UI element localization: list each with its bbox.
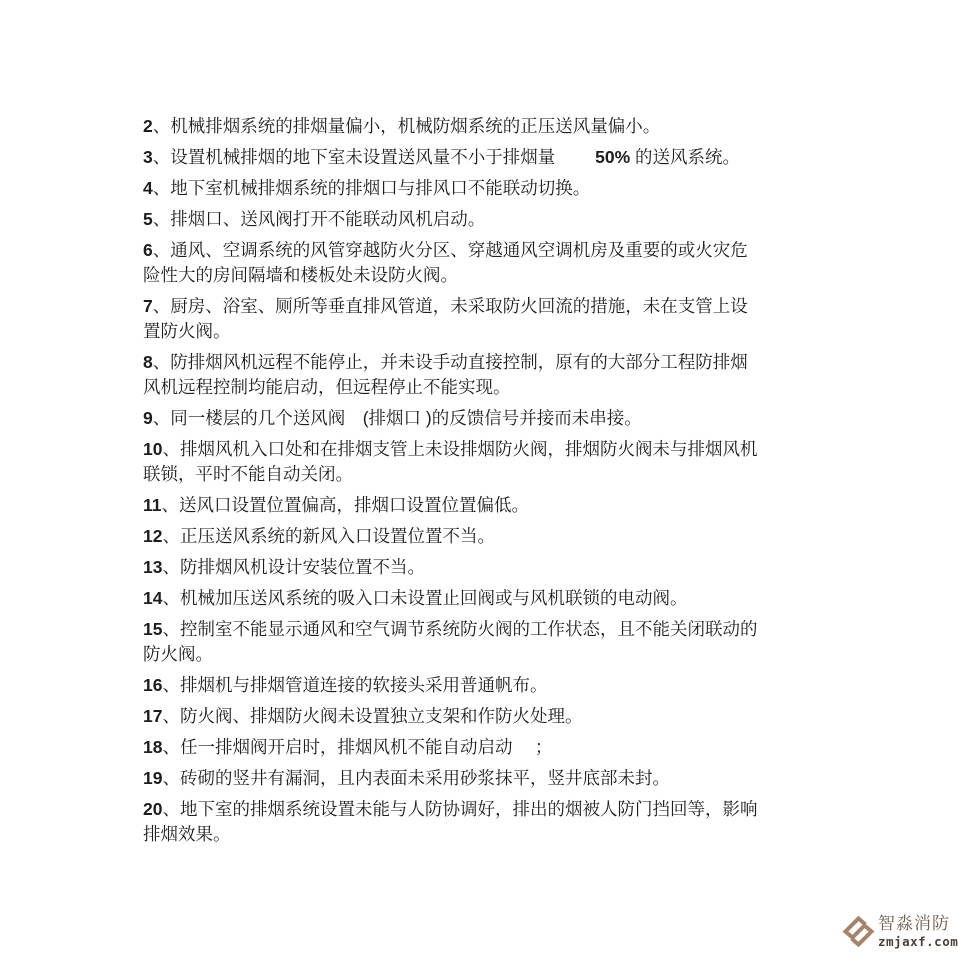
item-text: 机械加压送风系统的吸入口未设置止回阀或与风机联锁的电动阀。 — [180, 588, 688, 608]
item-number: 5 — [143, 209, 153, 229]
item-text: 砖砌的竖井有漏洞，且内表面未采用砂浆抹平，竖井底部未封。 — [180, 768, 670, 788]
item-number: 3 — [143, 147, 153, 167]
item-text: 防火阀、排烟防火阀未设置独立支架和作防火处理。 — [180, 706, 583, 726]
item-separator: 、 — [153, 209, 171, 229]
item-separator: 、 — [153, 116, 171, 136]
item-text: 排烟风机入口处和在排烟支管上未设排烟防火阀，排烟防火阀未与排烟风机联锁，平时不能… — [143, 439, 757, 484]
list-item: 10、排烟风机入口处和在排烟支管上未设排烟防火阀，排烟防火阀未与排烟风机联锁，平… — [143, 437, 758, 487]
item-number: 7 — [143, 296, 153, 316]
item-text: 排烟口、送风阀打开不能联动风机启动。 — [170, 209, 485, 229]
item-text: 任一排烟阀开启时，排烟风机不能自动启动 ； — [180, 737, 552, 757]
item-number: 15 — [143, 619, 162, 639]
item-text: 排烟机与排烟管道连接的软接头采用普通帆布。 — [180, 675, 548, 695]
item-text: 通风、空调系统的风管穿越防火分区、穿越通风空调机房及重要的或火灾危险性大的房间隔… — [143, 240, 748, 285]
item-separator: 、 — [162, 526, 180, 546]
item-separator: 、 — [162, 588, 180, 608]
item-separator: 、 — [162, 675, 180, 695]
list-item: 19、砖砌的竖井有漏洞，且内表面未采用砂浆抹平，竖井底部未封。 — [143, 766, 758, 791]
item-separator: 、 — [153, 240, 171, 260]
list-item: 14、机械加压送风系统的吸入口未设置止回阀或与风机联锁的电动阀。 — [143, 586, 758, 611]
item-separator: 、 — [162, 495, 180, 515]
issue-list: 2、机械排烟系统的排烟量偏小，机械防烟系统的正压送风量偏小。3、设置机械排烟的地… — [143, 114, 758, 853]
item-separator: 、 — [162, 557, 180, 577]
item-number: 4 — [143, 178, 153, 198]
item-number: 13 — [143, 557, 162, 577]
item-text: 机械排烟系统的排烟量偏小，机械防烟系统的正压送风量偏小。 — [170, 116, 660, 136]
item-separator: 、 — [153, 147, 171, 167]
item-text: 厨房、浴室、厕所等垂直排风管道，未采取防火回流的措施，未在支管上设置防火阀。 — [143, 296, 748, 341]
item-number: 10 — [143, 439, 162, 459]
zhimiao-logo-icon — [842, 915, 875, 948]
item-separator: 、 — [162, 619, 180, 639]
list-item: 5、排烟口、送风阀打开不能联动风机启动。 — [143, 207, 758, 232]
item-text: 的送风系统。 — [630, 147, 740, 167]
item-number: 17 — [143, 706, 162, 726]
watermark-site-url: zmjaxf.com — [878, 934, 958, 949]
watermark: 智淼消防 zmjaxf.com — [842, 914, 958, 949]
list-item: 8、防排烟风机远程不能停止，并未设手动直接控制，原有的大部分工程防排烟风机远程控… — [143, 350, 758, 400]
item-number: 20 — [143, 799, 162, 819]
item-number: 9 — [143, 408, 153, 428]
item-text: 送风口设置位置偏高，排烟口设置位置偏低。 — [179, 495, 529, 515]
item-separator: 、 — [162, 768, 180, 788]
item-text: 正压送风系统的新风入口设置位置不当。 — [180, 526, 495, 546]
item-separator: 、 — [153, 408, 171, 428]
item-text: 设置机械排烟的地下室未设置送风量不小于排烟量 — [170, 147, 595, 167]
item-separator: 、 — [153, 352, 171, 372]
list-item: 18、任一排烟阀开启时，排烟风机不能自动启动 ； — [143, 735, 758, 760]
list-item: 2、机械排烟系统的排烟量偏小，机械防烟系统的正压送风量偏小。 — [143, 114, 758, 139]
item-number: 11 — [143, 495, 162, 515]
list-item: 3、设置机械排烟的地下室未设置送风量不小于排烟量 50% 的送风系统。 — [143, 145, 758, 170]
document-page: 2、机械排烟系统的排烟量偏小，机械防烟系统的正压送风量偏小。3、设置机械排烟的地… — [0, 0, 958, 959]
item-number: 8 — [143, 352, 153, 372]
item-text: 地下室的排烟系统设置未能与人防协调好，排出的烟被人防门挡回等，影响排烟效果。 — [143, 799, 757, 844]
item-text: 控制室不能显示通风和空气调节系统防火阀的工作状态，且不能关闭联动的防火阀。 — [143, 619, 757, 664]
item-number: 6 — [143, 240, 153, 260]
item-separator: 、 — [162, 737, 180, 757]
item-number: 14 — [143, 588, 162, 608]
list-item: 7、厨房、浴室、厕所等垂直排风管道，未采取防火回流的措施，未在支管上设置防火阀。 — [143, 294, 758, 344]
list-item: 13、防排烟风机设计安装位置不当。 — [143, 555, 758, 580]
list-item: 4、地下室机械排烟系统的排烟口与排风口不能联动切换。 — [143, 176, 758, 201]
item-number: 16 — [143, 675, 162, 695]
watermark-text: 智淼消防 zmjaxf.com — [878, 914, 958, 949]
item-text: 防排烟风机远程不能停止，并未设手动直接控制，原有的大部分工程防排烟风机远程控制均… — [143, 352, 748, 397]
item-number: 18 — [143, 737, 162, 757]
item-separator: 、 — [153, 178, 171, 198]
list-item: 16、排烟机与排烟管道连接的软接头采用普通帆布。 — [143, 673, 758, 698]
item-separator: 、 — [162, 706, 180, 726]
item-separator: 、 — [162, 799, 180, 819]
list-item: 17、防火阀、排烟防火阀未设置独立支架和作防火处理。 — [143, 704, 758, 729]
item-text: 地下室机械排烟系统的排烟口与排风口不能联动切换。 — [170, 178, 590, 198]
list-item: 6、通风、空调系统的风管穿越防火分区、穿越通风空调机房及重要的或火灾危险性大的房… — [143, 238, 758, 288]
watermark-brand-name: 智淼消防 — [878, 914, 958, 934]
item-number: 12 — [143, 526, 162, 546]
list-item: 9、同一楼层的几个送风阀 (排烟口 )的反馈信号并接而未串接。 — [143, 406, 758, 431]
item-separator: 、 — [153, 296, 171, 316]
item-separator: 、 — [162, 439, 180, 459]
item-text: 50% — [595, 147, 630, 167]
item-number: 2 — [143, 116, 153, 136]
list-item: 11、送风口设置位置偏高，排烟口设置位置偏低。 — [143, 493, 758, 518]
item-text: 防排烟风机设计安装位置不当。 — [180, 557, 425, 577]
list-item: 20、地下室的排烟系统设置未能与人防协调好，排出的烟被人防门挡回等，影响排烟效果… — [143, 797, 758, 847]
item-text: 同一楼层的几个送风阀 (排烟口 )的反馈信号并接而未串接。 — [170, 408, 642, 428]
item-number: 19 — [143, 768, 162, 788]
list-item: 15、控制室不能显示通风和空气调节系统防火阀的工作状态，且不能关闭联动的防火阀。 — [143, 617, 758, 667]
list-item: 12、正压送风系统的新风入口设置位置不当。 — [143, 524, 758, 549]
